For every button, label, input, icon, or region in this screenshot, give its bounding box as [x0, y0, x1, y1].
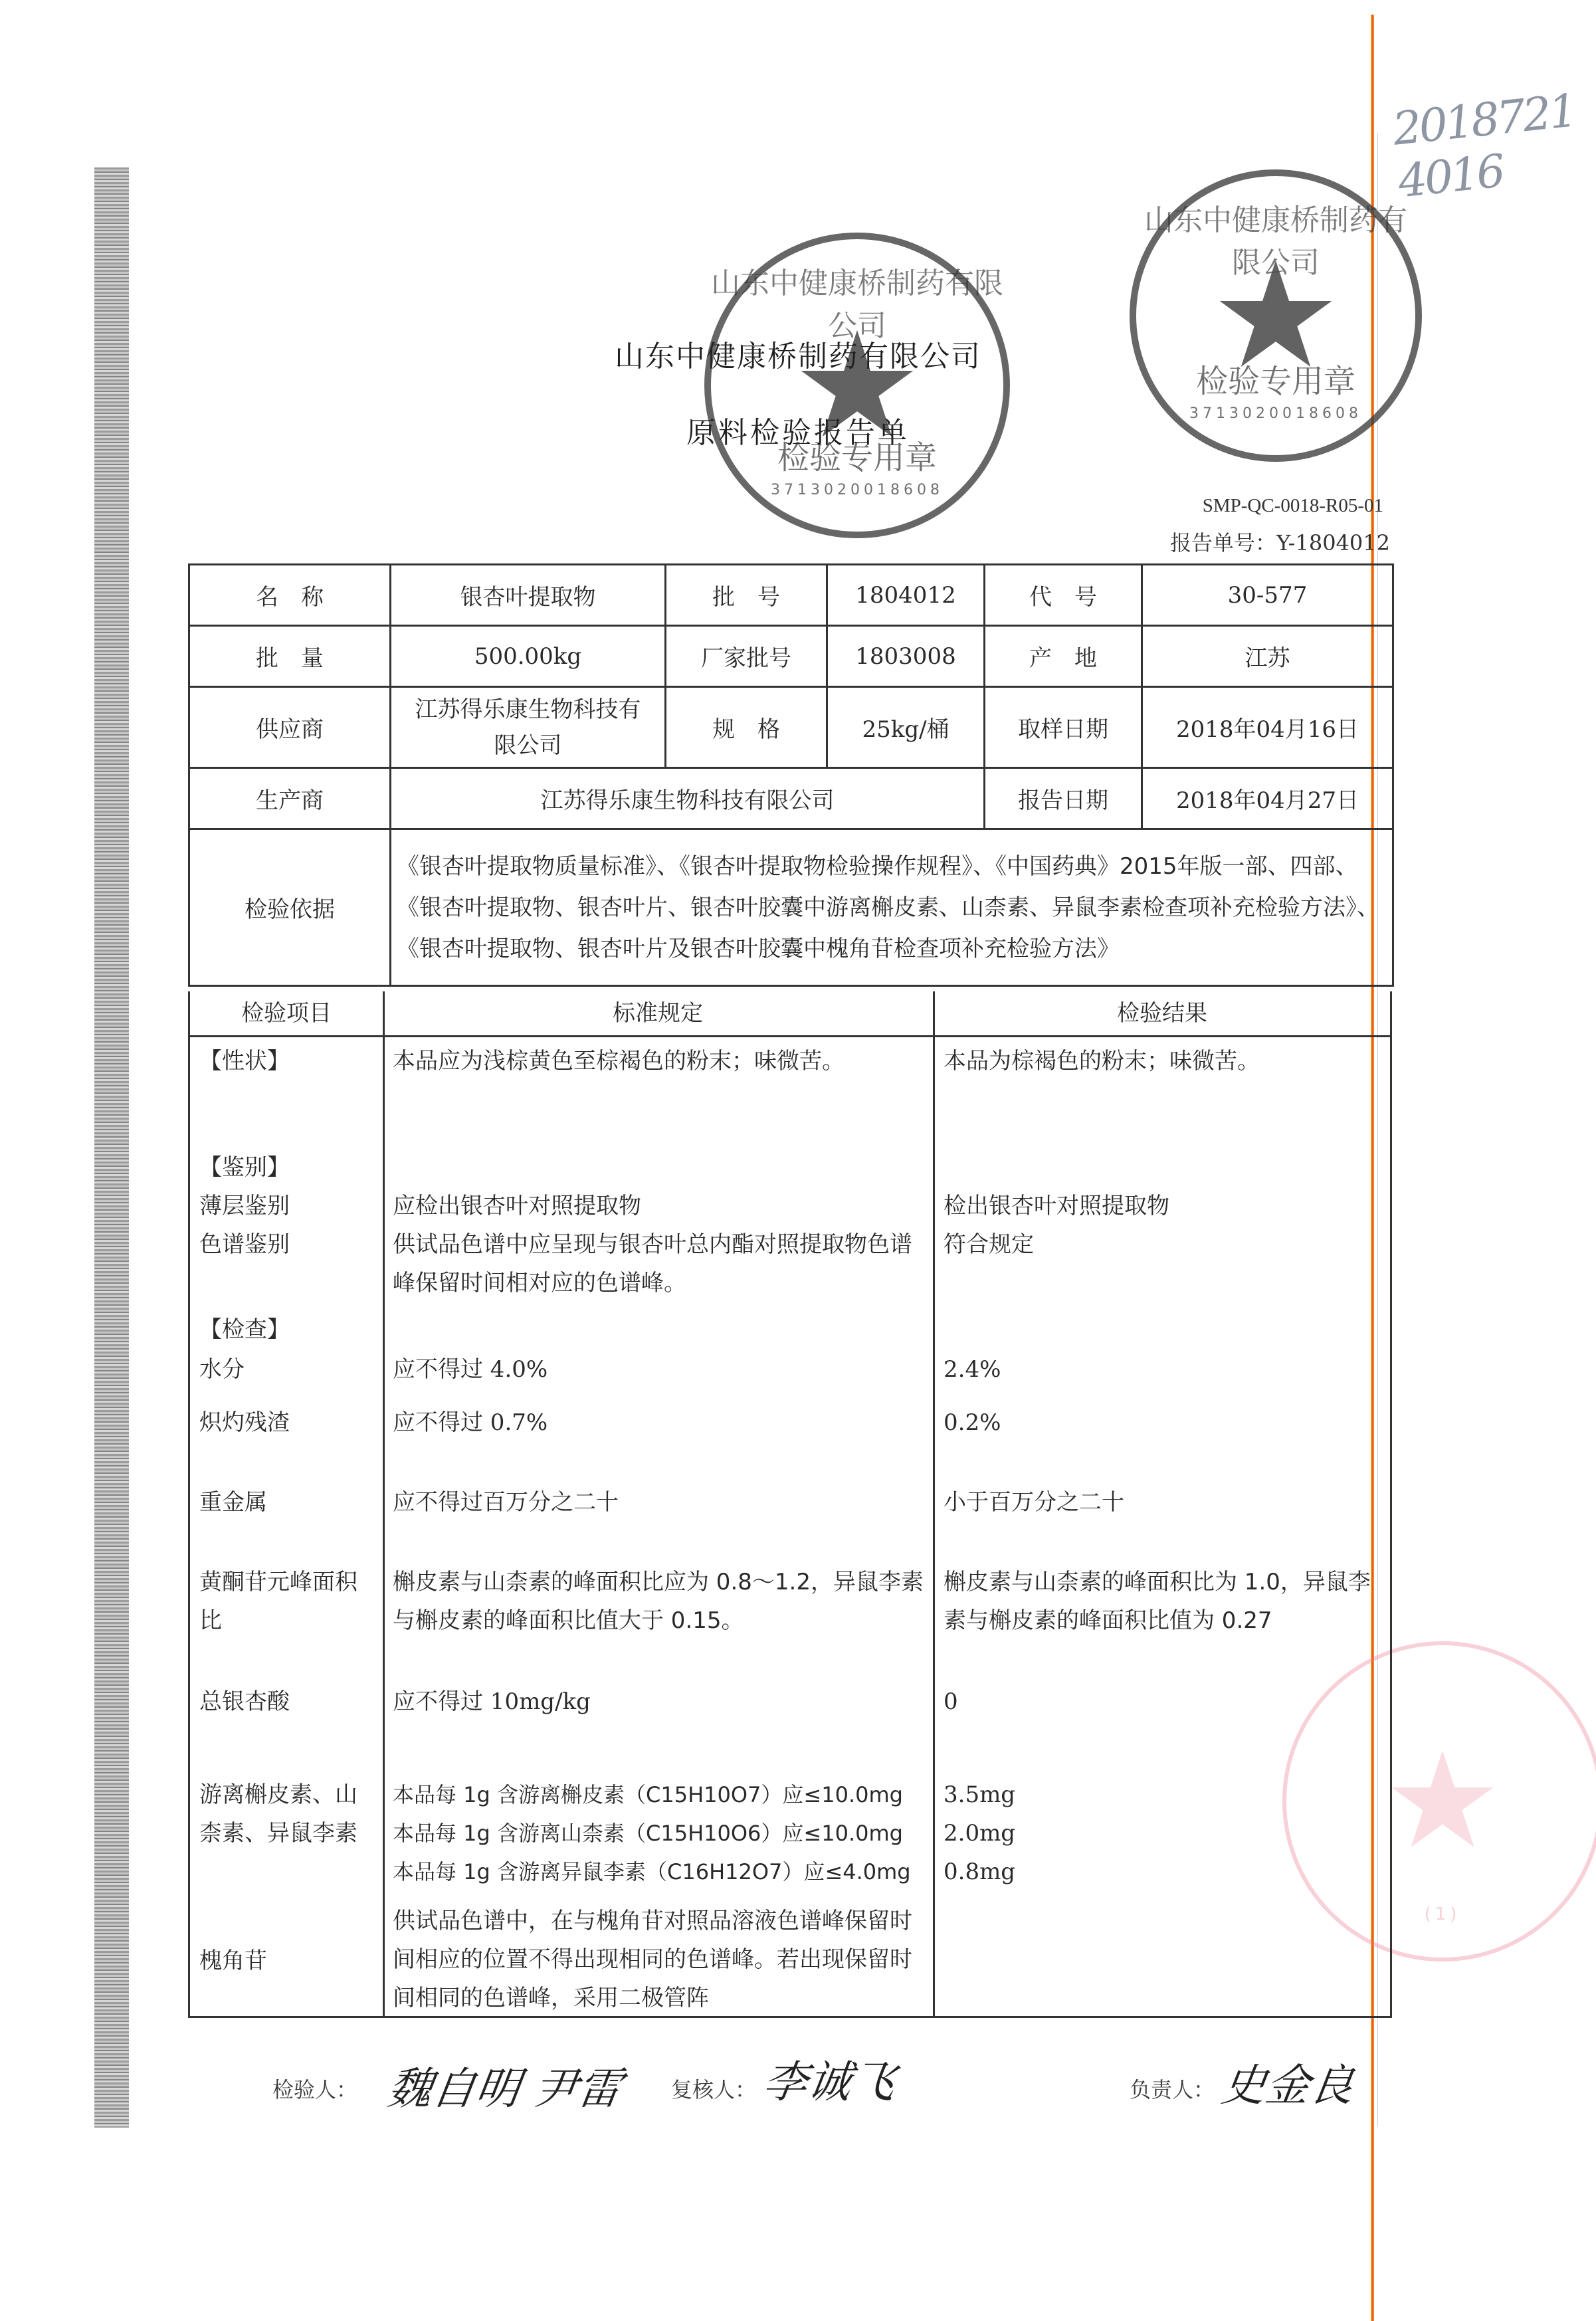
item-result: 3.5mg 2.0mg 0.8mg: [944, 1775, 1382, 1891]
report-number-label: 报告单号：: [1170, 530, 1276, 555]
item-standard: 供试品色谱中应呈现与银杏叶总内酯对照提取物色谱峰保留时间相对应的色谱峰。: [393, 1225, 931, 1302]
mfr-batch-label: 厂家批号: [666, 626, 827, 687]
batch-label: 批 号: [666, 565, 827, 626]
sampling-date-label: 取样日期: [985, 687, 1142, 768]
header-item: 检验项目: [190, 991, 383, 1035]
item-result-line: 2.0mg: [944, 1814, 1382, 1853]
info-row: 批 量 500.00kg 厂家批号 1803008 产 地 江苏: [189, 626, 1393, 687]
report-number: 报告单号：Y-1804012: [1170, 526, 1390, 557]
item-name: 水分: [199, 1350, 379, 1389]
reviewer-label: 复核人：: [671, 2073, 756, 2104]
inspector-label: 检验人：: [272, 2073, 357, 2104]
code-label: 代 号: [985, 565, 1142, 626]
info-table: 名 称 银杏叶提取物 批 号 1804012 代 号 30-577 批 量 50…: [188, 563, 1394, 987]
item-standard: 应不得过百万分之二十: [393, 1483, 931, 1522]
inspection-items: 检验项目 标准规定 检验结果 【性状】 本品应为浅棕黄色至棕褐色的粉末；味微苦。…: [188, 991, 1392, 2018]
item-name: 黄酮苷元峰面积比: [199, 1563, 379, 1640]
item-name: 薄层鉴别: [199, 1187, 379, 1225]
item-standard: 应检出银杏叶对照提取物: [393, 1187, 931, 1225]
item-name: 重金属: [199, 1483, 379, 1522]
supervisor-signature: 史金良: [1218, 2050, 1358, 2113]
item-standard: 本品应为浅棕黄色至棕褐色的粉末；味微苦。: [393, 1042, 931, 1080]
item-result-line: 3.5mg: [944, 1775, 1382, 1814]
item-result-line: 0.8mg: [944, 1853, 1382, 1891]
item-standard-line: 本品每 1g 含游离山柰素（C15H10O6）应≤10.0mg: [393, 1814, 931, 1853]
name-value: 银杏叶提取物: [391, 565, 666, 626]
quantity-value: 500.00kg: [391, 626, 666, 687]
handwritten-code: 2018721 4016: [1391, 83, 1596, 209]
item-result: 小于百万分之二十: [944, 1483, 1382, 1522]
item-result: 0.2%: [944, 1403, 1382, 1442]
item-standard: 应不得过 10mg/kg: [393, 1682, 931, 1721]
item-name: 炽灼残渣: [199, 1403, 379, 1442]
quantity-label: 批 量: [189, 626, 391, 687]
item-name: 总银杏酸: [199, 1682, 379, 1721]
form-code: SMP-QC-0018-R05-01: [1203, 495, 1383, 517]
item-name: 槐角苷: [199, 1942, 379, 1980]
item-name: 游离槲皮素、山柰素、异鼠李素: [199, 1775, 379, 1853]
item-name: 色谱鉴别: [199, 1225, 379, 1264]
info-row: 检验依据 《银杏叶提取物质量标准》、《银杏叶提取物检验操作规程》、《中国药典》2…: [189, 829, 1393, 986]
company-title: 山东中健康桥制药有限公司: [0, 332, 1596, 375]
info-row: 供应商 江苏得乐康生物科技有限公司 规 格 25kg/桶 取样日期 2018年0…: [189, 687, 1393, 768]
item-result: 符合规定: [944, 1225, 1382, 1264]
item-name: 【检查】: [199, 1310, 379, 1349]
star-icon: ★: [1383, 1735, 1502, 1868]
item-result: 检出银杏叶对照提取物: [944, 1187, 1382, 1225]
origin-value: 江苏: [1142, 626, 1393, 687]
scan-edge-shadow: [94, 167, 129, 2128]
item-standard: 应不得过 0.7%: [393, 1403, 931, 1442]
item-standard: 本品每 1g 含游离槲皮素（C15H10O7）应≤10.0mg 本品每 1g 含…: [393, 1775, 931, 1891]
items-header-row: 检验项目 标准规定 检验结果: [190, 991, 1390, 1037]
item-name: 【性状】: [199, 1042, 379, 1080]
reviewer-signature: 李诚飞: [759, 2047, 900, 2110]
item-result: 2.4%: [944, 1350, 1382, 1389]
supplier-label: 供应商: [189, 687, 391, 768]
code-value: 30-577: [1142, 565, 1393, 626]
info-row: 生产商 江苏得乐康生物科技有限公司 报告日期 2018年04月27日: [189, 768, 1393, 829]
report-date-label: 报告日期: [985, 768, 1142, 829]
supplier-value: 江苏得乐康生物科技有限公司: [391, 687, 666, 768]
name-label: 名 称: [189, 565, 391, 626]
manufacturer-label: 生产商: [189, 768, 391, 829]
supervisor-label: 负责人：: [1130, 2073, 1215, 2104]
report-date-value: 2018年04月27日: [1142, 768, 1393, 829]
item-result: 本品为棕褐色的粉末；味微苦。: [944, 1042, 1382, 1080]
report-number-value: Y-1804012: [1276, 530, 1390, 555]
mfr-batch-value: 1803008: [827, 626, 985, 687]
item-standard-line: 本品每 1g 含游离槲皮素（C15H10O7）应≤10.0mg: [393, 1775, 931, 1814]
info-row: 名 称 银杏叶提取物 批 号 1804012 代 号 30-577: [189, 565, 1393, 626]
column-divider: [383, 991, 385, 2016]
manufacturer-value: 江苏得乐康生物科技有限公司: [391, 768, 985, 829]
stamp-serial: 3713020018608: [711, 482, 1003, 498]
report-title: 原料检验报告单: [0, 409, 1596, 451]
sampling-date-value: 2018年04月16日: [1142, 687, 1393, 768]
spec-value: 25kg/桶: [827, 687, 985, 768]
column-divider: [933, 991, 935, 2016]
item-name: 【鉴别】: [199, 1148, 379, 1187]
qc-stamp-title: 山东中健康桥制药有限公司 ★ 检验专用章 3713020018608: [704, 233, 1010, 538]
header-result: 检验结果: [933, 991, 1391, 1035]
item-standard: 供试品色谱中，在与槐角苷对照品溶液色谱峰保留时间相应的位置不得出现相同的色谱峰。…: [393, 1902, 931, 2017]
basis-label: 检验依据: [189, 829, 391, 986]
batch-value: 1804012: [827, 565, 985, 626]
item-result: 0: [944, 1682, 1382, 1721]
basis-value: 《银杏叶提取物质量标准》、《银杏叶提取物检验操作规程》、《中国药典》2015年版…: [391, 829, 1393, 986]
origin-label: 产 地: [985, 626, 1142, 687]
inspector-signature: 魏自明 尹雷: [384, 2053, 626, 2116]
item-result: 槲皮素与山柰素的峰面积比为 1.0，异鼠李素与槲皮素的峰面积比值为 0.27: [944, 1563, 1382, 1640]
spec-label: 规 格: [666, 687, 827, 768]
item-standard-line: 本品每 1g 含游离异鼠李素（C16H12O7）应≤4.0mg: [393, 1853, 931, 1891]
header-standard: 标准规定: [383, 991, 933, 1035]
item-standard: 槲皮素与山柰素的峰面积比应为 0.8～1.2，异鼠李素与槲皮素的峰面积比值大于 …: [393, 1563, 931, 1640]
item-standard: 应不得过 4.0%: [393, 1350, 931, 1389]
